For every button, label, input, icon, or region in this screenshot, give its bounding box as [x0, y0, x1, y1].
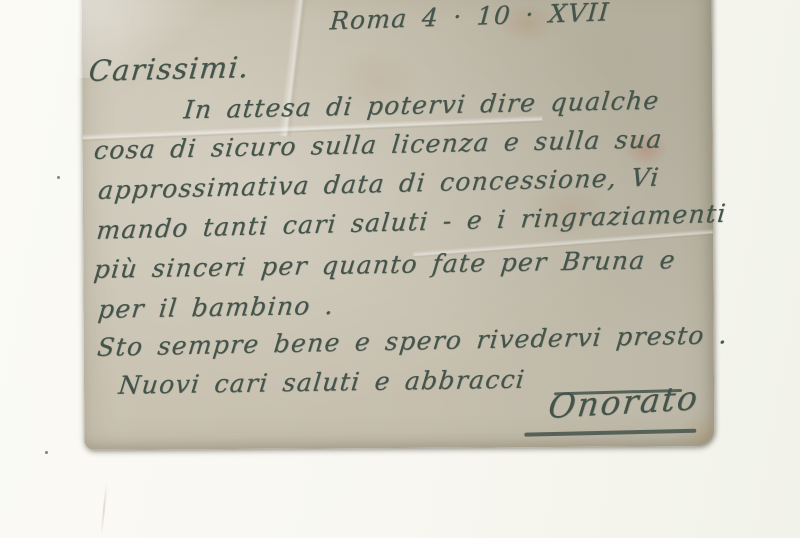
- handwritten-line: per il bambino .: [97, 291, 336, 324]
- scratch-mark: [100, 483, 107, 535]
- dateline: Roma 4 · 10 · XVII: [329, 0, 611, 35]
- handwritten-line: più sinceri per quanto fate per Bruna e: [92, 245, 677, 284]
- handwritten-line: In attesa di potervi dire qualche: [182, 86, 661, 125]
- handwritten-line: Nuovi cari saluti e abbracci: [117, 365, 527, 400]
- postcard: Roma 4 · 10 · XVII Carissimi. In attesa …: [82, 0, 715, 450]
- handwritten-line: cosa di sicuro sulla licenza e sulla sua: [93, 124, 664, 164]
- salutation-line: Carissimi.: [87, 50, 251, 88]
- handwritten-line: Sto sempre bene e spero rivedervi presto…: [96, 320, 730, 362]
- signature-underline: [524, 429, 696, 437]
- dust-speck: [45, 451, 48, 454]
- handwritten-line: mando tanti cari saluti - e i ringraziam…: [95, 199, 728, 245]
- handwritten-line: approssimativa data di concessione, Vi: [97, 163, 661, 205]
- dust-speck: [57, 176, 60, 179]
- scan-background: Roma 4 · 10 · XVII Carissimi. In attesa …: [0, 0, 800, 538]
